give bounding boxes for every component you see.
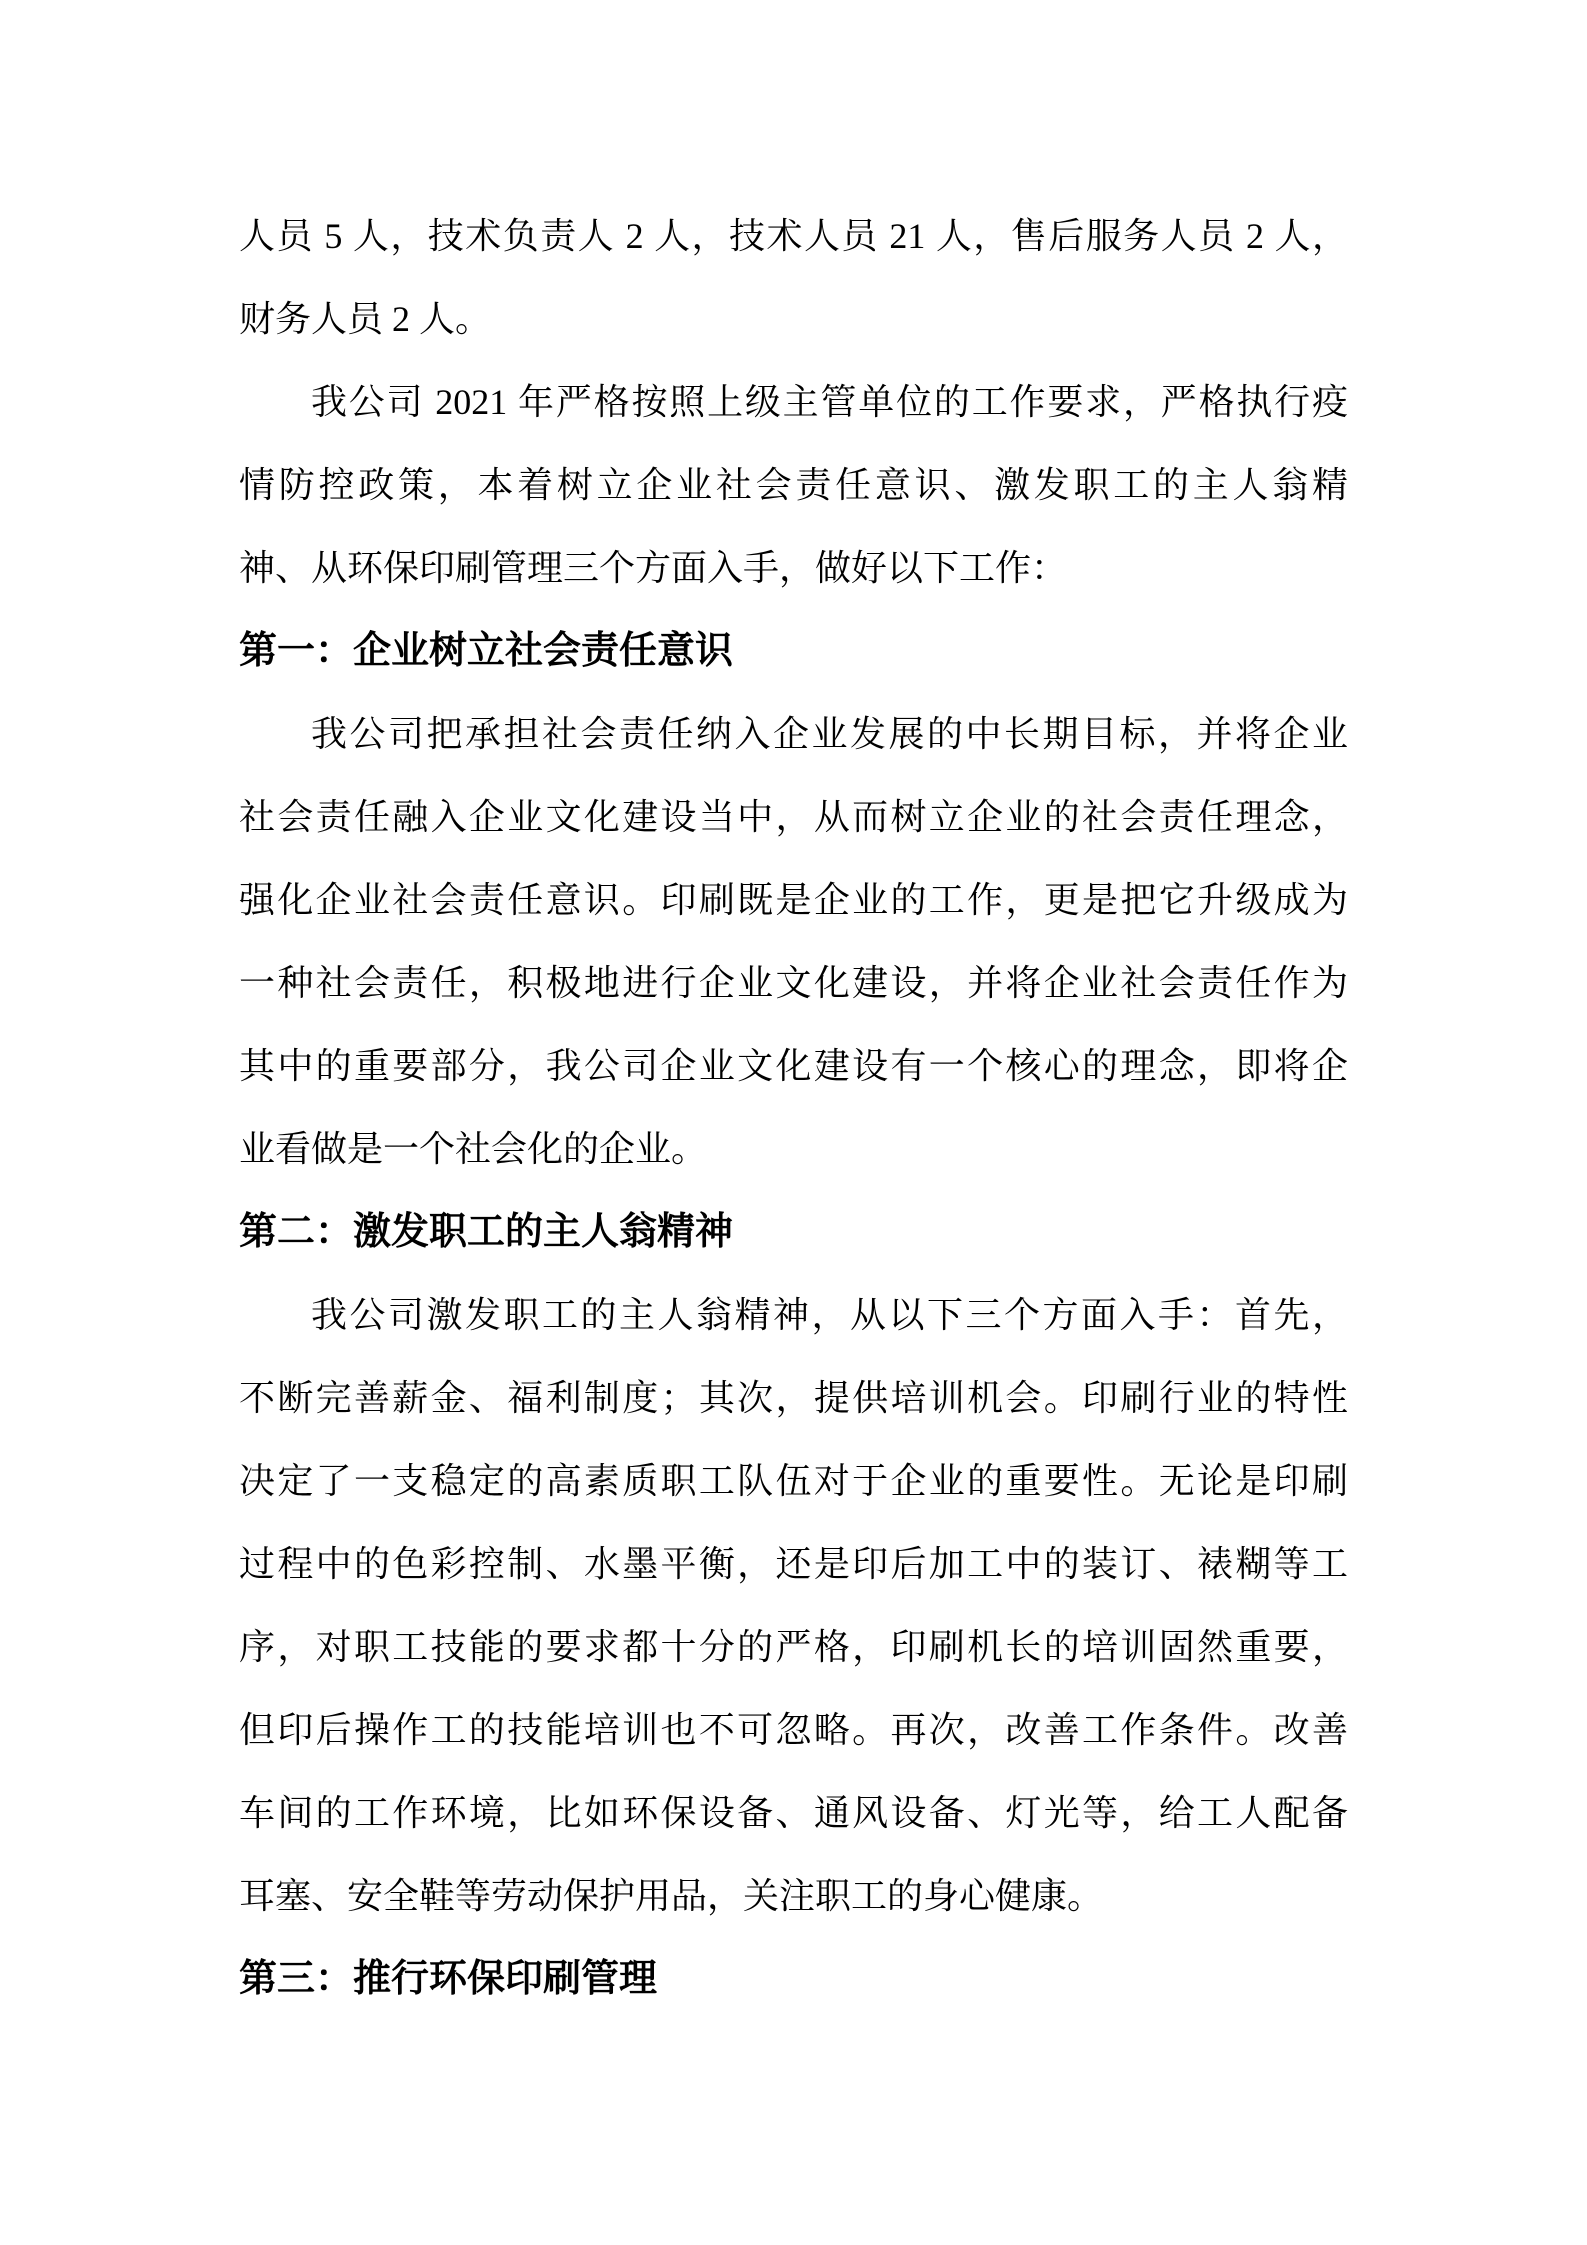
- doc-line: 我公司激发职工的主人翁精神，从以下三个方面入手：首先，: [239, 1274, 1348, 1357]
- document-page: 人员 5 人，技术负责人 2 人，技术人员 21 人，售后服务人员 2 人， 财…: [0, 0, 1587, 2245]
- doc-line: 其中的重要部分，我公司企业文化建设有一个核心的理念，即将企: [239, 1025, 1348, 1108]
- paragraph: 我公司 2021 年严格按照上级主管单位的工作要求，严格执行疫 情防控政策，本着…: [239, 361, 1348, 610]
- doc-line: 车间的工作环境，比如环保设备、通风设备、灯光等，给工人配备: [239, 1772, 1348, 1855]
- doc-line: 我公司把承担社会责任纳入企业发展的中长期目标，并将企业: [239, 693, 1348, 776]
- heading-line: 第一：企业树立社会责任意识: [239, 610, 1348, 693]
- section-heading: 第三：推行环保印刷管理: [239, 1938, 1348, 2021]
- doc-line: 神、从环保印刷管理三个方面入手，做好以下工作：: [239, 527, 1348, 610]
- paragraph: 人员 5 人，技术负责人 2 人，技术人员 21 人，售后服务人员 2 人， 财…: [239, 195, 1348, 361]
- paragraph: 我公司把承担社会责任纳入企业发展的中长期目标，并将企业 社会责任融入企业文化建设…: [239, 693, 1348, 1191]
- doc-line: 我公司 2021 年严格按照上级主管单位的工作要求，严格执行疫: [239, 361, 1348, 444]
- doc-line: 社会责任融入企业文化建设当中，从而树立企业的社会责任理念，: [239, 776, 1348, 859]
- paragraph: 我公司激发职工的主人翁精神，从以下三个方面入手：首先， 不断完善薪金、福利制度；…: [239, 1274, 1348, 1938]
- doc-line: 财务人员 2 人。: [239, 278, 1348, 361]
- doc-line: 序，对职工技能的要求都十分的严格，印刷机长的培训固然重要，: [239, 1606, 1348, 1689]
- section-heading: 第二：激发职工的主人翁精神: [239, 1191, 1348, 1274]
- doc-line: 一种社会责任，积极地进行企业文化建设，并将企业社会责任作为: [239, 942, 1348, 1025]
- section-heading: 第一：企业树立社会责任意识: [239, 610, 1348, 693]
- heading-line: 第三：推行环保印刷管理: [239, 1938, 1348, 2021]
- doc-line: 但印后操作工的技能培训也不可忽略。再次，改善工作条件。改善: [239, 1689, 1348, 1772]
- doc-line: 耳塞、安全鞋等劳动保护用品，关注职工的身心健康。: [239, 1855, 1348, 1938]
- doc-line: 过程中的色彩控制、水墨平衡，还是印后加工中的装订、裱糊等工: [239, 1523, 1348, 1606]
- heading-line: 第二：激发职工的主人翁精神: [239, 1191, 1348, 1274]
- doc-line: 强化企业社会责任意识。印刷既是企业的工作，更是把它升级成为: [239, 859, 1348, 942]
- doc-line: 业看做是一个社会化的企业。: [239, 1108, 1348, 1191]
- document-text: 人员 5 人，技术负责人 2 人，技术人员 21 人，售后服务人员 2 人， 财…: [239, 195, 1348, 2021]
- doc-line: 决定了一支稳定的高素质职工队伍对于企业的重要性。无论是印刷: [239, 1440, 1348, 1523]
- doc-line: 情防控政策，本着树立企业社会责任意识、激发职工的主人翁精: [239, 444, 1348, 527]
- doc-line: 不断完善薪金、福利制度；其次，提供培训机会。印刷行业的特性: [239, 1357, 1348, 1440]
- doc-line: 人员 5 人，技术负责人 2 人，技术人员 21 人，售后服务人员 2 人，: [239, 195, 1348, 278]
